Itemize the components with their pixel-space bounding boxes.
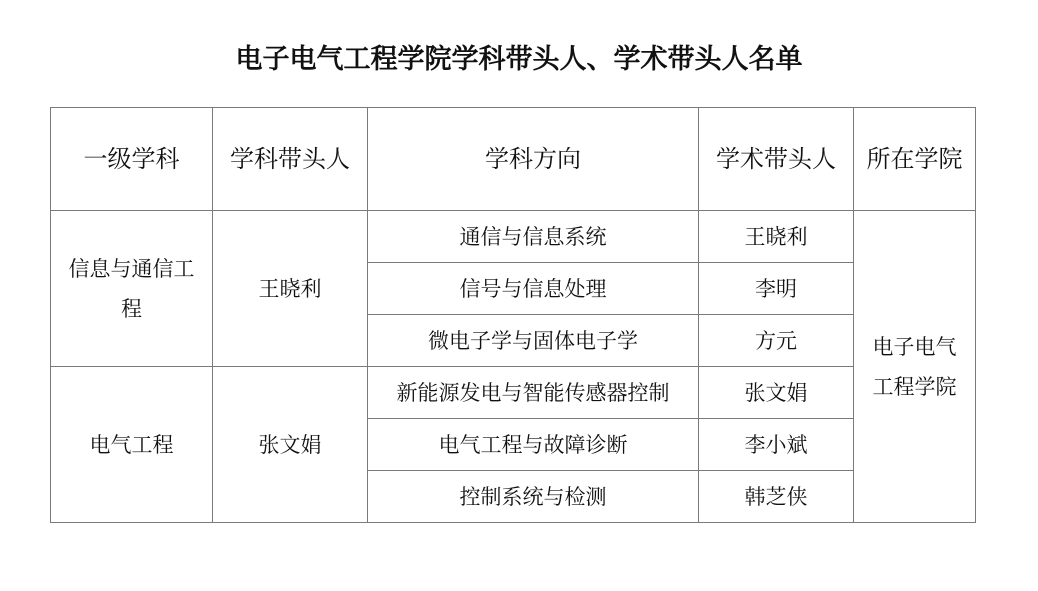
leaders-table: 一级学科 学科带头人 学科方向 学术带头人 所在学院 信息与通信工程 王晓利 通… <box>50 107 976 523</box>
header-college: 所在学院 <box>854 108 976 211</box>
document-title: 电子电气工程学院学科带头人、学术带头人名单 <box>0 38 1038 82</box>
discipline-name: 信息与通信工程 <box>66 249 196 329</box>
college-name: 电子电气工程学院 <box>870 327 958 407</box>
direction-cell: 微电子学与固体电子学 <box>368 315 699 367</box>
direction-cell: 新能源发电与智能传感器控制 <box>368 367 699 419</box>
academic-leader-cell: 李明 <box>699 263 854 315</box>
academic-leader-cell: 王晓利 <box>699 211 854 263</box>
header-direction: 学科方向 <box>368 108 699 211</box>
direction-cell: 信号与信息处理 <box>368 263 699 315</box>
direction-cell: 控制系统与检测 <box>368 471 699 523</box>
header-discipline-leader: 学科带头人 <box>213 108 368 211</box>
header-academic-leader: 学术带头人 <box>699 108 854 211</box>
direction-cell: 通信与信息系统 <box>368 211 699 263</box>
academic-leader-cell: 韩芝侠 <box>699 471 854 523</box>
academic-leader-cell: 李小斌 <box>699 419 854 471</box>
academic-leader-cell: 张文娟 <box>699 367 854 419</box>
college-cell: 电子电气工程学院 <box>854 211 976 523</box>
academic-leader-cell: 方元 <box>699 315 854 367</box>
direction-cell: 电气工程与故障诊断 <box>368 419 699 471</box>
discipline-cell: 电气工程 <box>51 367 213 523</box>
header-row: 一级学科 学科带头人 学科方向 学术带头人 所在学院 <box>51 108 976 211</box>
discipline-leader-cell: 王晓利 <box>213 211 368 367</box>
header-discipline: 一级学科 <box>51 108 213 211</box>
discipline-cell: 信息与通信工程 <box>51 211 213 367</box>
table-row: 信息与通信工程 王晓利 通信与信息系统 王晓利 电子电气工程学院 <box>51 211 976 263</box>
discipline-leader-cell: 张文娟 <box>213 367 368 523</box>
table-row: 电气工程 张文娟 新能源发电与智能传感器控制 张文娟 <box>51 367 976 419</box>
